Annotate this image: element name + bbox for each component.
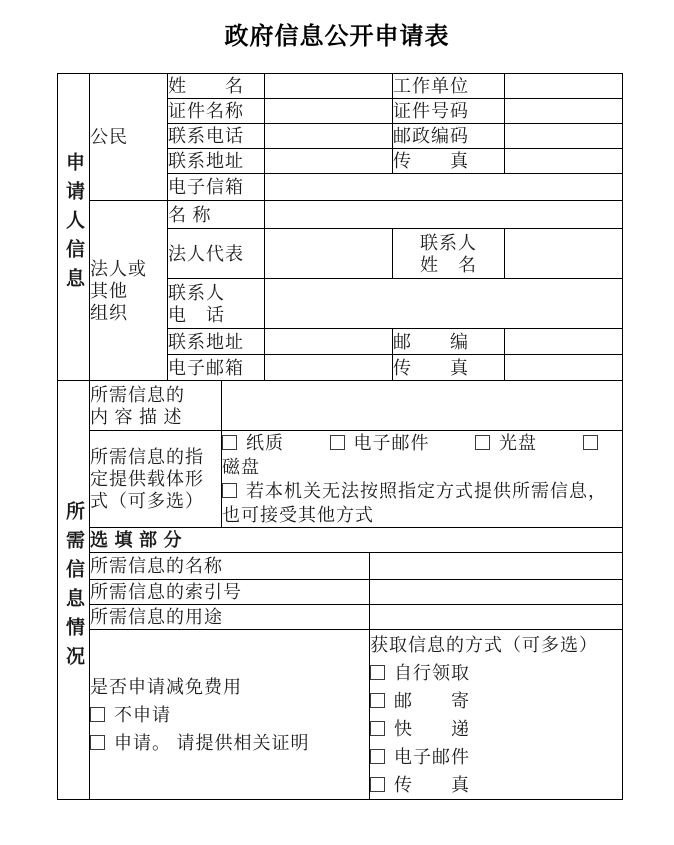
citizen-address-value[interactable] [265,149,393,174]
delivery-option-express[interactable]: 快 递 [370,715,622,743]
delivery-option-pickup[interactable]: 自行领取 [370,659,622,687]
media-option-email[interactable]: 电子邮件 [330,433,430,453]
org-fax-label: 传 真 [393,355,505,381]
info-section-header: 所需信息情况 [58,381,90,800]
media-option-paper[interactable]: 纸质 [222,433,284,453]
fee-option-none[interactable]: 不申请 [90,701,369,729]
org-contact-name-value[interactable] [505,229,623,279]
citizen-postal-label: 邮政编码 [393,124,505,149]
application-form-table: 申请人信息 公民 姓 名 工作单位 证件名称 证件号码 联系电话 邮政编码 联系… [57,73,623,800]
optional-section-header: 选 填 部 分 [90,528,623,553]
checkbox-express-icon[interactable] [370,721,385,736]
citizen-name-value[interactable] [265,74,393,99]
delivery-option-mail[interactable]: 邮 寄 [370,687,622,715]
info-index-value[interactable] [370,580,623,605]
info-usage-label: 所需信息的用途 [90,605,370,630]
checkbox-cd-icon[interactable] [475,435,490,450]
info-name-value[interactable] [370,553,623,580]
org-postal-label: 邮 编 [393,329,505,355]
info-media-options-cell: 纸质 电子邮件 光盘 磁盘 若本机关无法按照指定方式提供所需信息，也可接受其他方… [222,431,623,528]
checkbox-mail-icon[interactable] [370,693,385,708]
info-name-label: 所需信息的名称 [90,553,370,580]
media-option-other-note[interactable]: 若本机关无法按照指定方式提供所需信息，也可接受其他方式 [222,479,622,527]
citizen-email-label: 电子信箱 [168,174,265,201]
citizen-phone-value[interactable] [265,124,393,149]
delivery-option-email[interactable]: 电子邮件 [370,743,622,771]
citizen-id-number-label: 证件号码 [393,99,505,124]
info-index-label: 所需信息的索引号 [90,580,370,605]
org-address-value[interactable] [265,329,393,355]
citizen-address-label: 联系地址 [168,149,265,174]
org-contact-phone-label: 联系人 电 话 [168,279,265,329]
citizen-email-value[interactable] [265,174,623,201]
checkbox-no-fee-waiver-icon[interactable] [90,707,105,722]
delivery-method-cell: 获取信息的方式（可多选） 自行领取 邮 寄 快 递 电子邮件 传 真 [370,630,623,800]
checkbox-fee-waiver-icon[interactable] [90,735,105,750]
citizen-postal-value[interactable] [505,124,623,149]
info-section-header-text: 所需信息情况 [64,501,83,675]
org-name-label: 名 称 [168,201,265,229]
citizen-id-type-label: 证件名称 [168,99,265,124]
citizen-fax-value[interactable] [505,149,623,174]
checkbox-email-delivery-icon[interactable] [370,749,385,764]
citizen-id-type-value[interactable] [265,99,393,124]
applicant-section-header: 申请人信息 [58,74,90,381]
citizen-phone-label: 联系电话 [168,124,265,149]
citizen-name-label: 姓 名 [168,74,265,99]
checkbox-fax-delivery-icon[interactable] [370,777,385,792]
citizen-id-number-value[interactable] [505,99,623,124]
fee-waiver-title: 是否申请减免费用 [90,673,369,701]
citizen-fax-label: 传 真 [393,149,505,174]
org-name-value[interactable] [265,201,623,229]
applicant-section-header-text: 申请人信息 [64,152,83,297]
citizen-work-unit-value[interactable] [505,74,623,99]
delivery-option-fax[interactable]: 传 真 [370,771,622,799]
info-usage-value[interactable] [370,605,623,630]
info-content-desc-value[interactable] [222,381,623,431]
media-option-cd[interactable]: 光盘 [475,433,537,453]
checkbox-paper-icon[interactable] [222,435,237,450]
citizen-work-unit-label: 工作单位 [393,74,505,99]
org-address-label: 联系地址 [168,329,265,355]
org-contact-phone-value[interactable] [265,279,623,329]
info-media-label: 所需信息的指 定提供载体形 式（可多选） [90,431,222,528]
media-options-line: 纸质 电子邮件 光盘 磁盘 [222,431,622,479]
checkbox-self-pickup-icon[interactable] [370,665,385,680]
checkbox-disk-icon[interactable] [583,435,598,450]
checkbox-email-media-icon[interactable] [330,435,345,450]
org-legal-rep-value[interactable] [265,229,393,279]
info-content-desc-label: 所需信息的 内 容 描 述 [90,381,222,431]
org-fax-value[interactable] [505,355,623,381]
org-email-value[interactable] [265,355,393,381]
org-postal-value[interactable] [505,329,623,355]
citizen-group-label: 公民 [90,74,168,201]
fee-option-apply[interactable]: 申请。 请提供相关证明 [90,729,369,757]
page-title: 政府信息公开申请表 [0,24,674,50]
delivery-title: 获取信息的方式（可多选） [370,631,622,659]
checkbox-other-method-icon[interactable] [222,483,237,498]
org-contact-name-label: 联系人 姓 名 [393,229,505,279]
organization-group-label: 法人或 其他 组织 [90,201,168,381]
fee-waiver-cell: 是否申请减免费用 不申请 申请。 请提供相关证明 [90,630,370,800]
org-legal-rep-label: 法人代表 [168,229,265,279]
org-email-label: 电子邮箱 [168,355,265,381]
